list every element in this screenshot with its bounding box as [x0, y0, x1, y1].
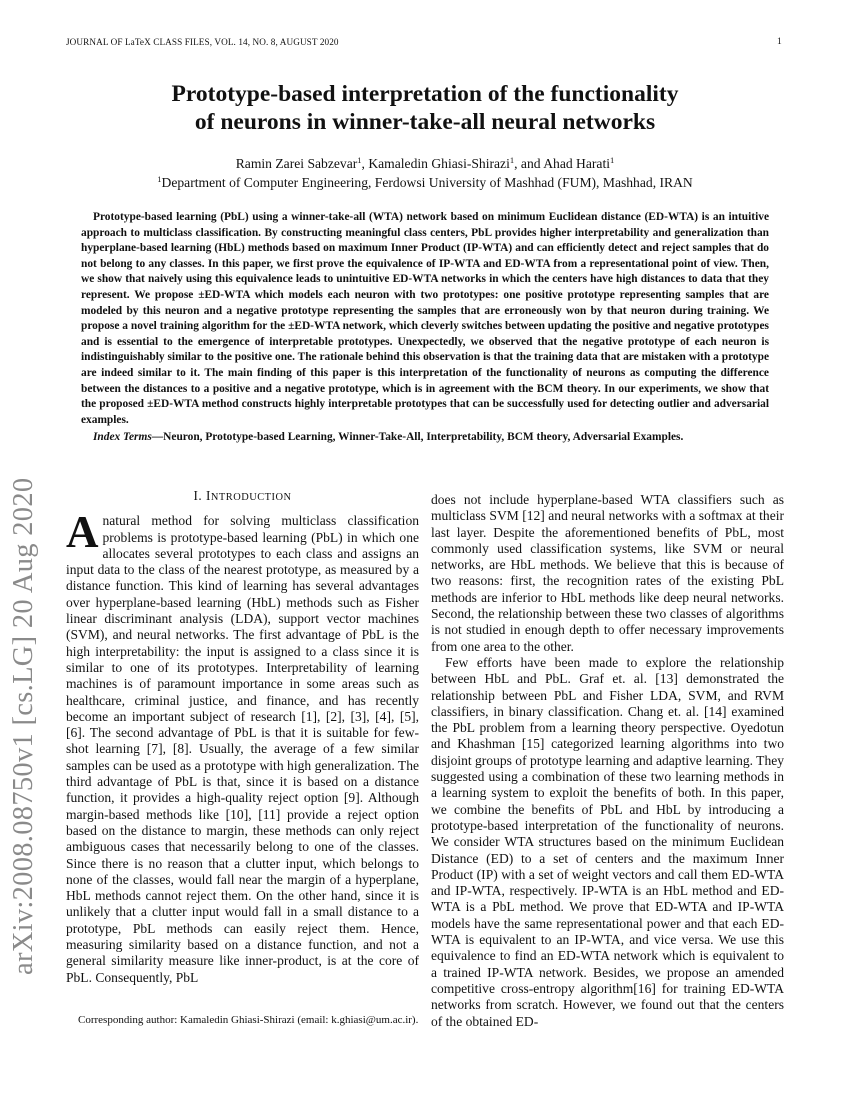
- author-list: Ramin Zarei Sabzevar1, Kamaledin Ghiasi-…: [0, 156, 850, 172]
- running-head: JOURNAL OF LaTeX CLASS FILES, VOL. 14, N…: [66, 37, 339, 47]
- drop-cap: A: [66, 515, 99, 549]
- section-number: I.: [194, 488, 207, 503]
- index-terms-label: Index Terms: [93, 431, 152, 443]
- title-line-2: of neurons in winner-take-all neural net…: [0, 108, 850, 136]
- affiliation-mark: 1: [610, 155, 614, 165]
- author-name: Kamaledin Ghiasi-Shirazi: [368, 156, 510, 171]
- title-line-1: Prototype-based interpretation of the fu…: [0, 80, 850, 108]
- author-name: Ahad Harati: [543, 156, 610, 171]
- page-number: 1: [777, 37, 782, 47]
- section-heading: I. INTRODUCTION: [66, 488, 419, 506]
- index-terms: Index Terms—Neuron, Prototype-based Lear…: [81, 430, 769, 445]
- index-terms-list: —Neuron, Prototype-based Learning, Winne…: [152, 431, 684, 443]
- author-name: Ramin Zarei Sabzevar: [236, 156, 358, 171]
- intro-paragraph-2: Few efforts have been made to explore th…: [431, 655, 784, 1030]
- author-separator: , and: [514, 156, 543, 171]
- running-head-post: CLASS FILES, VOL. 14, NO. 8, AUGUST 2020: [151, 37, 339, 47]
- affiliation-text: Department of Computer Engineering, Ferd…: [162, 175, 693, 190]
- paragraph-text: natural method for solving multiclass cl…: [66, 513, 419, 984]
- intro-paragraph-1-cont: does not include hyperplane-based WTA cl…: [431, 492, 784, 655]
- section-title-rest: NTRODUCTION: [211, 492, 292, 503]
- affiliation: 1Department of Computer Engineering, Fer…: [0, 175, 850, 191]
- abstract: Prototype-based learning (PbL) using a w…: [81, 210, 769, 428]
- left-column: I. INTRODUCTION Anatural method for solv…: [66, 488, 419, 986]
- running-head-pre: JOURNAL OF: [66, 37, 125, 47]
- footnote: Corresponding author: Kamaledin Ghiasi-S…: [66, 1014, 419, 1027]
- right-column: does not include hyperplane-based WTA cl…: [431, 492, 784, 1030]
- intro-paragraph-1: Anatural method for solving multiclass c…: [66, 513, 419, 986]
- latex-logo: LaTeX: [125, 37, 151, 47]
- paper-title: Prototype-based interpretation of the fu…: [0, 80, 850, 136]
- arxiv-stamp: arXiv:2008.08750v1 [cs.LG] 20 Aug 2020: [8, 478, 40, 975]
